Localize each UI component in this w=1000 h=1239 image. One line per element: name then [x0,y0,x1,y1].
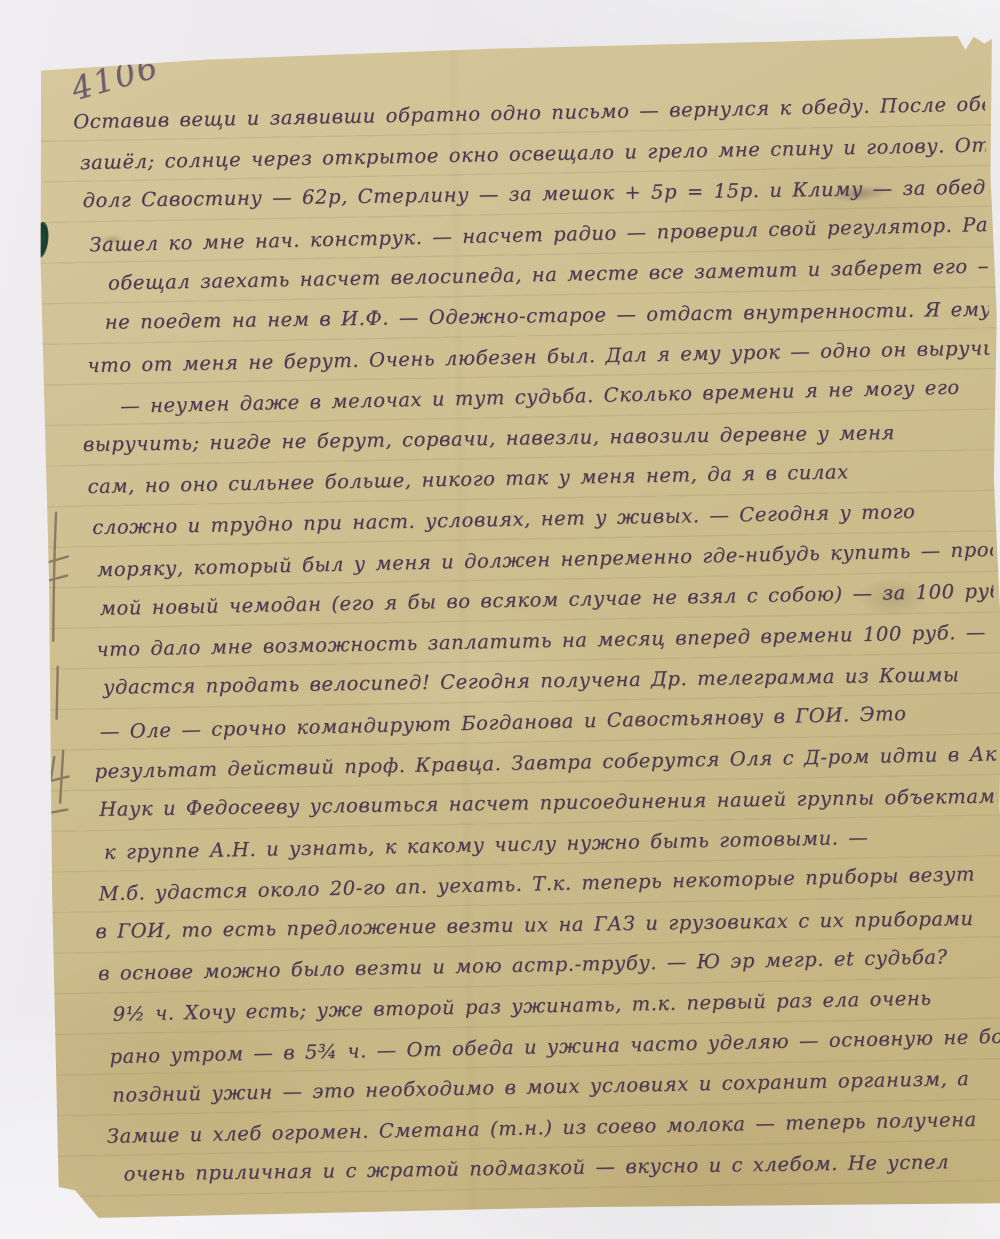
manuscript-sheet: 4106 Оставив вещи и заявивши обратно одн… [36,35,1000,1220]
handwritten-text-block: Оставив вещи и заявивши обратно одно пис… [71,85,1000,1197]
